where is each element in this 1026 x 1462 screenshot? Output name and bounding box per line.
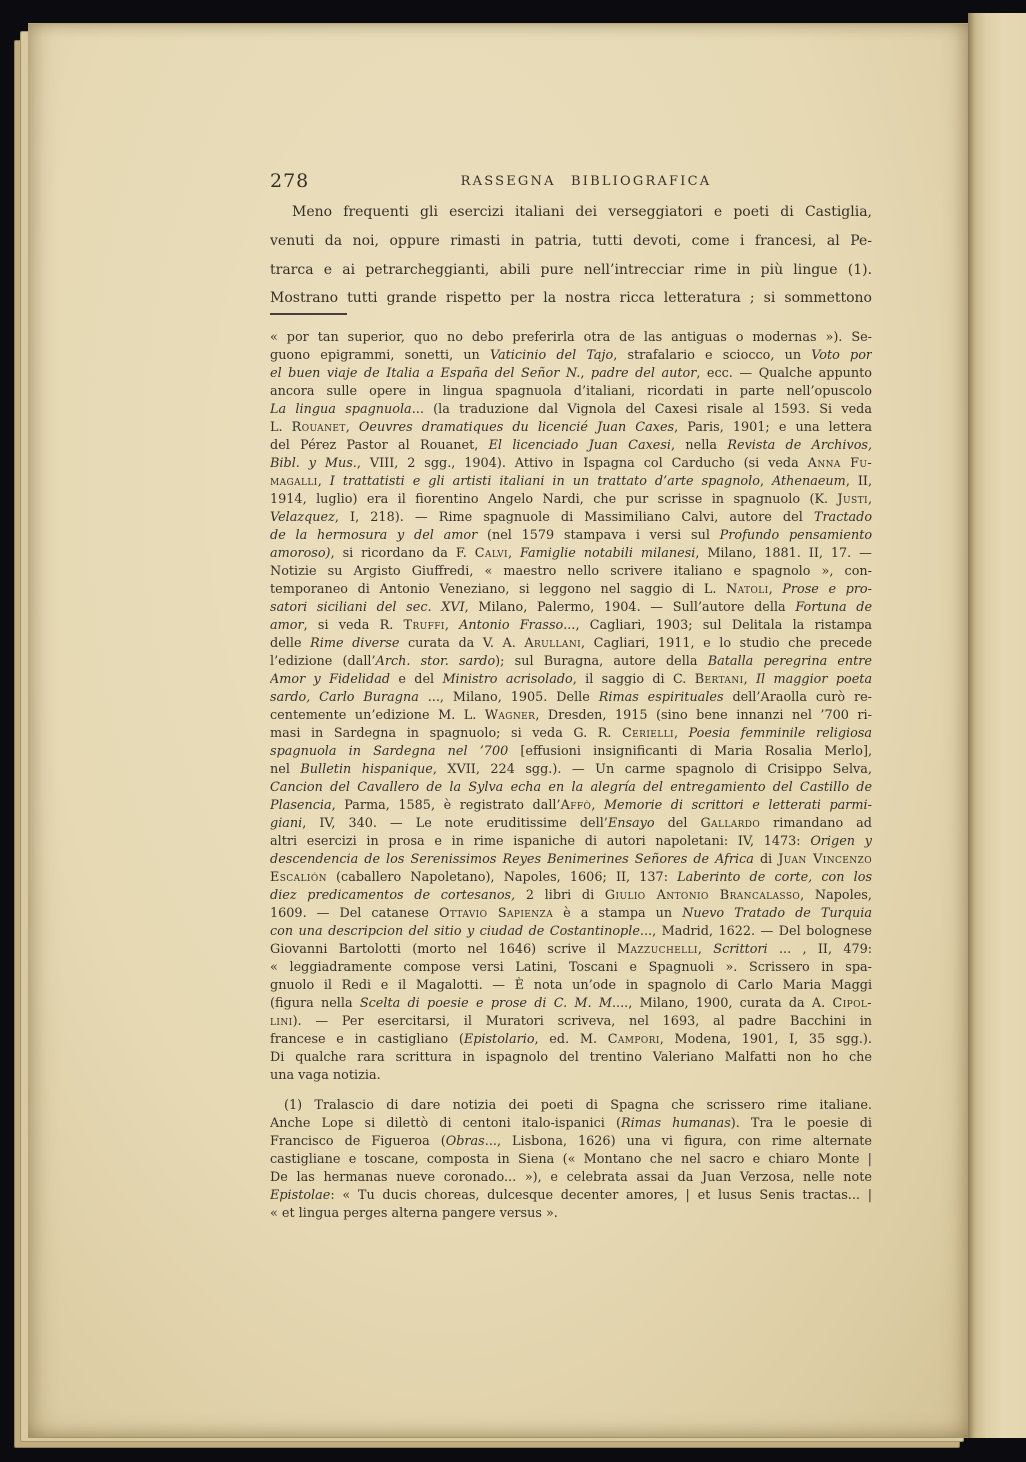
- text-line: spagnuola in Sardegna nel ’700 [effusion…: [270, 743, 872, 761]
- footnote-1-block: (1) Tralascio di dare notizia dei poeti …: [270, 1097, 872, 1223]
- text-line: delle Rime diverse curata da V. A. Arull…: [270, 635, 872, 653]
- text-line: con una descripcion del sitio y ciudad d…: [270, 923, 872, 941]
- text-line: 1609. — Del catanese Ottavio Sapienza è …: [270, 905, 872, 923]
- text-line: Giovanni Bartolotti (morto nel 1646) scr…: [270, 941, 872, 959]
- text-line: temporaneo di Antonio Veneziano, si legg…: [270, 581, 872, 599]
- text-line: De las hermanas nueve coronado... »), e …: [270, 1169, 872, 1187]
- footnote-block: « por tan superior, quo no debo preferir…: [270, 329, 872, 1085]
- text-line: « leggiadramente compose versi Latini, T…: [270, 959, 872, 977]
- text-line: centemente un’edizione M. L. Wagner, Dre…: [270, 707, 872, 725]
- scanned-book-photo: 278 RASSEGNA BIBLIOGRAFICA Meno frequent…: [0, 0, 1026, 1462]
- text-line: amor, si veda R. Truffi, Antonio Frasso.…: [270, 617, 872, 635]
- text-line: (1) Tralascio di dare notizia dei poeti …: [270, 1097, 872, 1115]
- book-page: 278 RASSEGNA BIBLIOGRAFICA Meno frequent…: [28, 23, 968, 1438]
- text-line: Cancion del Cavallero de la Sylva echa e…: [270, 779, 872, 797]
- text-line: giani, IV, 340. — Le note eruditissime d…: [270, 815, 872, 833]
- text-line: castigliane e toscane, composta in Siena…: [270, 1151, 872, 1169]
- text-line: l’edizione (dall’Arch. stor. sardo); sul…: [270, 653, 872, 671]
- text-line: Epistolae: « Tu ducis choreas, dulcesque…: [270, 1187, 872, 1205]
- text-line: Escalión (caballero Napoletano), Napoles…: [270, 869, 872, 887]
- text-line: sardo, Carlo Buragna ..., Milano, 1905. …: [270, 689, 872, 707]
- text-line: guono epigrammi, sonetti, un Vaticinio d…: [270, 347, 872, 365]
- text-line: gnuolo il Redi e il Magalotti. — È nota …: [270, 977, 872, 995]
- text-line: altri esercizi in prosa e in rime ispani…: [270, 833, 872, 851]
- body-paragraph: Meno frequenti gli esercizi italiani dei…: [270, 198, 872, 313]
- text-line: trarca e ai petrarcheggianti, abili pure…: [270, 256, 872, 285]
- text-line: satori siciliani del sec. XVI, Milano, P…: [270, 599, 872, 617]
- text-line: Meno frequenti gli esercizi italiani dei…: [270, 198, 872, 227]
- text-line: L. Rouanet, Oeuvres dramatiques du licen…: [270, 419, 872, 437]
- text-line: « por tan superior, quo no debo preferir…: [270, 329, 872, 347]
- text-line: Bibl. y Mus., VIII, 2 sgg., 1904). Attiv…: [270, 455, 872, 473]
- text-line: lini). — Per esercitarsi, il Muratori sc…: [270, 1013, 872, 1031]
- text-line: descendencia de los Serenissimos Reyes B…: [270, 851, 872, 869]
- text-line: « et lingua perges alterna pangere versu…: [270, 1205, 872, 1223]
- text-line: el buen viaje de Italia a España del Señ…: [270, 365, 872, 383]
- footnote-separator-rule: [270, 313, 347, 315]
- text-line: Francisco de Figueroa (Obras..., Lisbona…: [270, 1133, 872, 1151]
- text-line: una vaga notizia.: [270, 1067, 872, 1085]
- text-line: Amor y Fidelidad e del Ministro acrisola…: [270, 671, 872, 689]
- running-title: RASSEGNA BIBLIOGRAFICA: [300, 174, 872, 189]
- text-line: venuti da noi, oppure rimasti in patria,…: [270, 227, 872, 256]
- text-line: Velazquez, I, 218). — Rime spagnuole di …: [270, 509, 872, 527]
- text-line: francese e in castigliano (Epistolario, …: [270, 1031, 872, 1049]
- text-column: 278 RASSEGNA BIBLIOGRAFICA Meno frequent…: [270, 24, 872, 1437]
- text-line: magalli, I trattatisti e gli artisti ita…: [270, 473, 872, 491]
- text-line: (figura nella Scelta di poesie e prose d…: [270, 995, 872, 1013]
- text-line: Anche Lope si dilettò di centoni italo-i…: [270, 1115, 872, 1133]
- text-line: nel Bulletin hispanique, XVII, 224 sgg.)…: [270, 761, 872, 779]
- text-line: diez predicamentos de cortesanos, 2 libr…: [270, 887, 872, 905]
- text-line: Notizie su Argisto Giuffredi, « maestro …: [270, 563, 872, 581]
- text-line: ancora sulle opere in lingua spagnuola d…: [270, 383, 872, 401]
- text-line: Di qualche rara scrittura in ispagnolo d…: [270, 1049, 872, 1067]
- text-line: de la hermosura y del amor (nel 1579 sta…: [270, 527, 872, 545]
- text-line: amoroso), si ricordano da F. Calvi, Fami…: [270, 545, 872, 563]
- text-line: 1914, luglio) era il fiorentino Angelo N…: [270, 491, 872, 509]
- text-line: Plasencia, Parma, 1585, è registrato dal…: [270, 797, 872, 815]
- text-line: del Pérez Pastor al Rouanet, El licencia…: [270, 437, 872, 455]
- page-header: 278 RASSEGNA BIBLIOGRAFICA: [270, 170, 872, 194]
- text-line: masi in Sardegna in spagnuolo; si veda G…: [270, 725, 872, 743]
- text-line: Mostrano tutti grande rispetto per la no…: [270, 284, 872, 313]
- facing-page-edge: [968, 13, 1026, 1438]
- text-line: La lingua spagnuola... (la traduzione da…: [270, 401, 872, 419]
